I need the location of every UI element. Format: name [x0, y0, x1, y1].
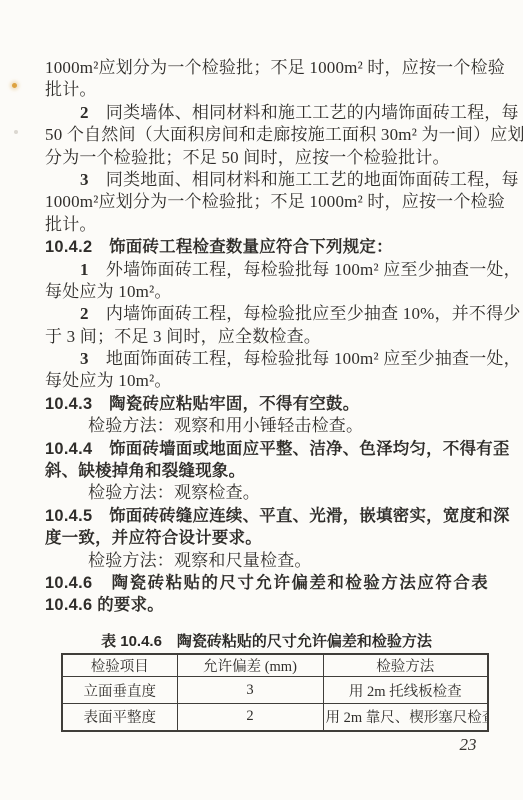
- text-line: 10.4.5 饰面砖砖缝应连续、平直、光滑，嵌填密实，宽度和深: [45, 505, 488, 527]
- line-text: 陶瓷砖应粘贴牢固，不得有空鼓。: [92, 395, 359, 413]
- line-text: 陶瓷砖粘贴的尺寸允许偏差和检验方法应符合表: [92, 574, 488, 592]
- allowed-deviation-table: 检验项目 允许偏差 (mm) 检验方法 立面垂直度3用 2m 托线板检查表面平整…: [61, 653, 489, 732]
- text-line: 2 同类墙体、相同材料和施工工艺的内墙饰面砖工程，每: [45, 102, 488, 124]
- clause-number: 10.4.5: [45, 507, 92, 525]
- table-row: 表面平整度2用 2m 靠尺、楔形塞尺检查: [62, 704, 488, 731]
- line-text: 同类墙体、相同材料和施工工艺的内墙饰面砖工程，每: [89, 103, 519, 122]
- text-line: 3 同类地面、相同材料和施工工艺的地面饰面砖工程，每: [45, 169, 488, 191]
- cell-inspection-item: 立面垂直度: [62, 677, 177, 704]
- text-line: 于 3 间；不足 3 间时，应全数检查。: [45, 326, 488, 348]
- text-line: 10.4.3 陶瓷砖应粘贴牢固，不得有空鼓。: [45, 393, 488, 415]
- text-line: 10.4.6 陶瓷砖粘贴的尺寸允许偏差和检验方法应符合表: [45, 572, 488, 594]
- cell-allowed-deviation: 3: [177, 677, 323, 704]
- clause-number: 10.4.3: [45, 395, 92, 413]
- header-cell-inspection-item: 检验项目: [62, 654, 177, 677]
- table-body: 立面垂直度3用 2m 托线板检查表面平整度2用 2m 靠尺、楔形塞尺检查: [62, 677, 488, 731]
- margin-speck: [14, 130, 18, 134]
- item-number: 3: [80, 170, 89, 189]
- text-line: 2 内墙饰面砖工程，每检验批应至少抽查 10%，并不得少: [45, 303, 488, 325]
- header-cell-allowed-deviation: 允许偏差 (mm): [177, 654, 323, 677]
- line-text: 内墙饰面砖工程，每检验批应至少抽查 10%，并不得少: [89, 304, 521, 323]
- cell-inspection-method: 用 2m 托线板检查: [323, 677, 488, 704]
- text-line: 批计。: [45, 79, 488, 101]
- text-line: 检验方法：观察和用小锤轻击检查。: [45, 415, 488, 437]
- text-line: 1000m²应划分为一个检验批；不足 1000m² 时，应按一个检验: [45, 191, 488, 213]
- item-number: 1: [80, 260, 89, 279]
- table-row: 立面垂直度3用 2m 托线板检查: [62, 677, 488, 704]
- line-text: 地面饰面砖工程，每检验批每 100m² 应至少抽查一处，: [89, 349, 521, 368]
- text-line: 每处应为 10m²。: [45, 370, 488, 392]
- text-line: 批计。: [45, 214, 488, 236]
- clause-number: 10.4.4: [45, 440, 92, 458]
- text-line: 每处应为 10m²。: [45, 281, 488, 303]
- line-text: 饰面砖墙面或地面应平整、洁净、色泽均匀，不得有歪: [92, 440, 509, 458]
- text-line: 分为一个检验批；不足 50 间时，应按一个检验批计。: [45, 147, 488, 169]
- line-text: 外墙饰面砖工程，每检验批每 100m² 应至少抽查一处，: [89, 260, 521, 279]
- text-line: 检验方法：观察和尺量检查。: [45, 550, 488, 572]
- cell-inspection-method: 用 2m 靠尺、楔形塞尺检查: [323, 704, 488, 731]
- clause-number: 10.4.6: [45, 574, 92, 592]
- table-header-row: 检验项目 允许偏差 (mm) 检验方法: [62, 654, 488, 677]
- item-number: 2: [80, 304, 89, 323]
- body-text: 1000m²应划分为一个检验批；不足 1000m² 时，应按一个检验批计。2 同…: [45, 57, 488, 617]
- text-line: 50 个自然间（大面积房间和走廊按施工面积 30m² 为一间）应划: [45, 124, 488, 146]
- cell-allowed-deviation: 2: [177, 704, 323, 731]
- clause-number: 10.4.2: [45, 238, 92, 256]
- margin-mark-dot: [12, 83, 17, 88]
- header-cell-inspection-method: 检验方法: [323, 654, 488, 677]
- text-line: 10.4.2 饰面砖工程检查数量应符合下列规定：: [45, 236, 488, 258]
- text-line: 斜、缺棱掉角和裂缝现象。: [45, 460, 488, 482]
- text-line: 1 外墙饰面砖工程，每检验批每 100m² 应至少抽查一处，: [45, 259, 488, 281]
- text-line: 3 地面饰面砖工程，每检验批每 100m² 应至少抽查一处，: [45, 348, 488, 370]
- line-text: 饰面砖砖缝应连续、平直、光滑，嵌填密实，宽度和深: [92, 507, 509, 525]
- item-number: 2: [80, 103, 89, 122]
- text-line: 度一致，并应符合设计要求。: [45, 527, 488, 549]
- text-line: 1000m²应划分为一个检验批；不足 1000m² 时，应按一个检验: [45, 57, 488, 79]
- cell-inspection-item: 表面平整度: [62, 704, 177, 731]
- line-text: 同类地面、相同材料和施工工艺的地面饰面砖工程，每: [89, 170, 519, 189]
- line-text: 饰面砖工程检查数量应符合下列规定：: [92, 238, 392, 256]
- table-caption: 表 10.4.6 陶瓷砖粘贴的尺寸允许偏差和检验方法: [45, 630, 488, 651]
- item-number: 3: [80, 349, 89, 368]
- text-line: 10.4.4 饰面砖墙面或地面应平整、洁净、色泽均匀，不得有歪: [45, 438, 488, 460]
- document-page: 1000m²应划分为一个检验批；不足 1000m² 时，应按一个检验批计。2 同…: [0, 0, 523, 800]
- text-line: 检验方法：观察检查。: [45, 482, 488, 504]
- text-line: 10.4.6 的要求。: [45, 594, 488, 616]
- page-number: 23: [448, 735, 488, 755]
